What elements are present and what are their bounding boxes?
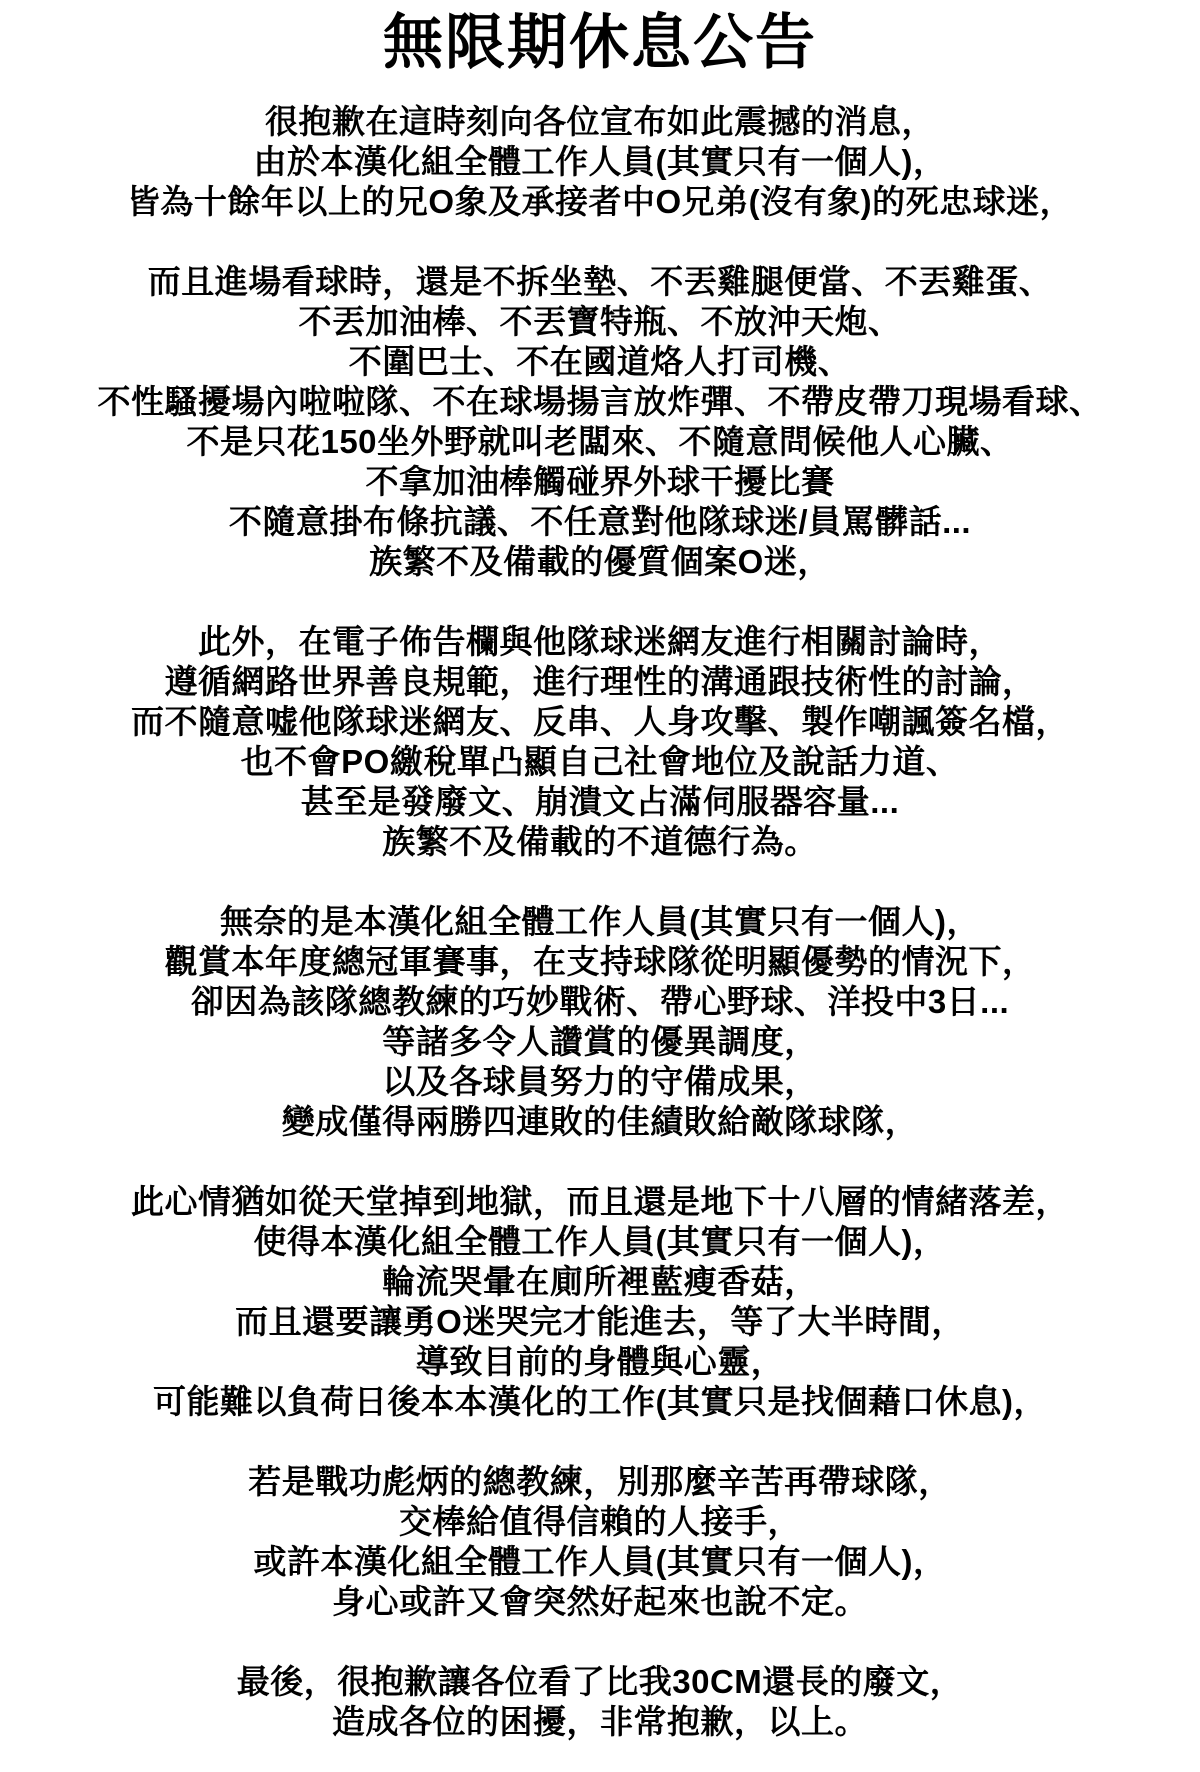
- text-line: 由於本漢化組全體工作人員(其實只有一個人)，: [0, 142, 1200, 182]
- text-line: 族繁不及備載的優質個案O迷，: [0, 542, 1200, 582]
- text-line: 也不會PO繳稅單凸顯自己社會地位及說話力道、: [0, 742, 1200, 782]
- text-line: 不拿加油棒觸碰界外球干擾比賽: [0, 462, 1200, 502]
- paragraph-online-conduct: 此外，在電子佈告欄與他隊球迷網友進行相關討論時， 遵循網路世界善良規範，進行理性…: [0, 622, 1200, 862]
- text-line: 族繁不及備載的不道德行為。: [0, 822, 1200, 862]
- text-line: 變成僅得兩勝四連敗的佳績敗給敵隊球隊，: [0, 1102, 1200, 1142]
- text-line: 身心或許又會突然好起來也說不定。: [0, 1582, 1200, 1622]
- text-line: 無奈的是本漢化組全體工作人員(其實只有一個人)，: [0, 902, 1200, 942]
- text-line: 以及各球員努力的守備成果，: [0, 1062, 1200, 1102]
- text-line: 遵循網路世界善良規範，進行理性的溝通跟技術性的討論，: [0, 662, 1200, 702]
- text-line: 使得本漢化組全體工作人員(其實只有一個人)，: [0, 1222, 1200, 1262]
- paragraph-stadium-conduct: 而且進場看球時，還是不拆坐墊、不丟雞腿便當、不丟雞蛋、 不丟加油棒、不丟寶特瓶、…: [0, 262, 1200, 582]
- text-line: 交棒給值得信賴的人接手，: [0, 1502, 1200, 1542]
- paragraph-intro: 很抱歉在這時刻向各位宣布如此震撼的消息， 由於本漢化組全體工作人員(其實只有一個…: [0, 102, 1200, 222]
- text-line: 而不隨意嘘他隊球迷網友、反串、人身攻擊、製作嘲諷簽名檔，: [0, 702, 1200, 742]
- paragraph-closing: 最後，很抱歉讓各位看了比我30CM還長的廢文， 造成各位的困擾，非常抱歉，以上。: [0, 1662, 1200, 1742]
- text-line: 此外，在電子佈告欄與他隊球迷網友進行相關討論時，: [0, 622, 1200, 662]
- announcement-title: 無限期休息公告: [0, 0, 1200, 80]
- text-line: 造成各位的困擾，非常抱歉，以上。: [0, 1702, 1200, 1742]
- text-line: 皆為十餘年以上的兄O象及承接者中O兄弟(沒有象)的死忠球迷，: [0, 182, 1200, 222]
- text-line: 很抱歉在這時刻向各位宣布如此震撼的消息，: [0, 102, 1200, 142]
- paragraph-coach-advice: 若是戰功彪炳的總教練，別那麼辛苦再帶球隊， 交棒給值得信賴的人接手， 或許本漢化…: [0, 1462, 1200, 1622]
- text-line: 不丟加油棒、不丟寶特瓶、不放沖天炮、: [0, 302, 1200, 342]
- text-line: 而且還要讓勇O迷哭完才能進去，等了大半時間，: [0, 1302, 1200, 1342]
- text-line: 不是只花150坐外野就叫老闆來、不隨意問候他人心臟、: [0, 422, 1200, 462]
- text-line: 導致目前的身體與心靈，: [0, 1342, 1200, 1382]
- text-line: 或許本漢化組全體工作人員(其實只有一個人)，: [0, 1542, 1200, 1582]
- text-line: 若是戰功彪炳的總教練，別那麼辛苦再帶球隊，: [0, 1462, 1200, 1502]
- text-line: 而且進場看球時，還是不拆坐墊、不丟雞腿便當、不丟雞蛋、: [0, 262, 1200, 302]
- paragraph-championship: 無奈的是本漢化組全體工作人員(其實只有一個人)， 觀賞本年度總冠軍賽事，在支持球…: [0, 902, 1200, 1142]
- text-line: 此心情猶如從天堂掉到地獄，而且還是地下十八層的情緒落差，: [0, 1182, 1200, 1222]
- text-line: 最後，很抱歉讓各位看了比我30CM還長的廢文，: [0, 1662, 1200, 1702]
- text-line: 不圍巴士、不在國道烙人打司機、: [0, 342, 1200, 382]
- text-line: 等諸多令人讚賞的優異調度，: [0, 1022, 1200, 1062]
- announcement-page: 無限期休息公告 很抱歉在這時刻向各位宣布如此震撼的消息， 由於本漢化組全體工作人…: [0, 0, 1200, 1772]
- text-line: 可能難以負荷日後本本漢化的工作(其實只是找個藉口休息)，: [0, 1382, 1200, 1422]
- text-line: 甚至是發廢文、崩潰文占滿伺服器容量...: [0, 782, 1200, 822]
- text-line: 觀賞本年度總冠軍賽事，在支持球隊從明顯優勢的情況下，: [0, 942, 1200, 982]
- text-line: 不性騷擾場內啦啦隊、不在球場揚言放炸彈、不帶皮帶刀現場看球、: [0, 382, 1200, 422]
- text-line: 不隨意掛布條抗議、不任意對他隊球迷/員罵髒話...: [0, 502, 1200, 542]
- text-line: 輪流哭暈在廁所裡藍瘦香菇，: [0, 1262, 1200, 1302]
- text-line: 卻因為該隊總教練的巧妙戰術、帶心野球、洋投中3日...: [0, 982, 1200, 1022]
- paragraph-aftermath: 此心情猶如從天堂掉到地獄，而且還是地下十八層的情緒落差， 使得本漢化組全體工作人…: [0, 1182, 1200, 1422]
